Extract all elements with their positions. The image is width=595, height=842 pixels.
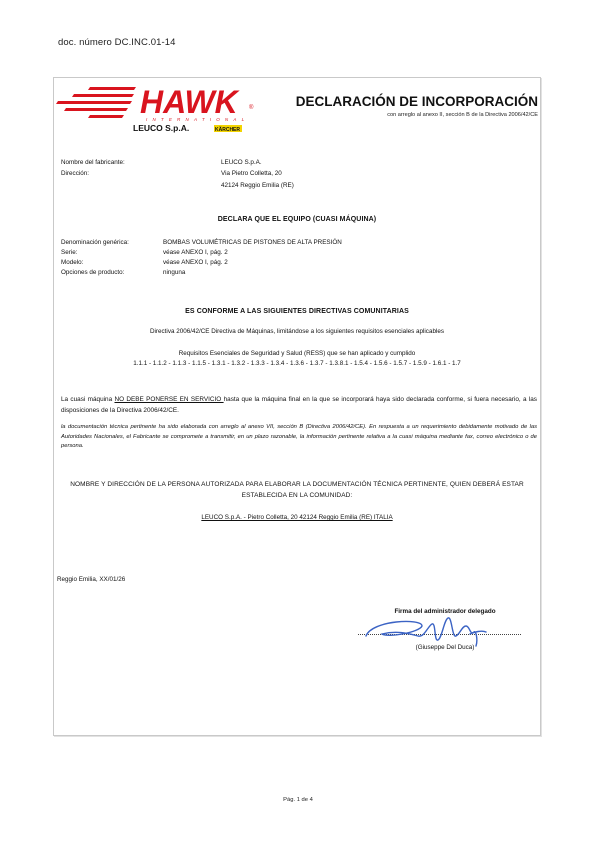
authorized-person-address: LEUCO S.p.A. - Pietro Colletta, 20 42124… <box>53 513 541 523</box>
field-value: véase ANEXO I, pág. 2 <box>163 248 523 258</box>
field-value: ninguna <box>163 268 523 278</box>
authorized-person-heading: NOMBRE Y DIRECCIÓN DE LA PERSONA AUTORIZ… <box>68 480 526 501</box>
document-number: doc. número DC.INC.01-14 <box>58 37 176 48</box>
page-number: Pág. 1 de 4 <box>240 797 356 803</box>
place-date: Reggio Emilia, XX/01/26 <box>57 575 125 585</box>
ress-list: 1.1.1 - 1.1.2 - 1.1.3 - 1.1.5 - 1.3.1 - … <box>53 359 541 369</box>
notice-prefix: La cuasi máquina <box>61 396 114 403</box>
document-subtitle: con arreglo al anexo II, sección B de la… <box>280 112 538 118</box>
address-line-2: 42124 Reggio Emilia (RE) <box>221 181 521 191</box>
svg-text:LEUCO S.p.A.: LEUCO S.p.A. <box>133 123 189 133</box>
address-line-1: Via Pietro Colletta, 20 <box>221 169 521 179</box>
notice-emphasis: NO DEBE PONERSE EN SERVICIO <box>114 396 223 403</box>
directive-text: Directiva 2006/42/CE Directiva de Máquin… <box>53 327 541 337</box>
field-value: véase ANEXO I, pág. 2 <box>163 258 523 268</box>
field-label: Serie: <box>61 248 171 258</box>
hawk-logo: HAWK ® INTERNATIONAL LEUCO S.p.A. KÄRCHE… <box>56 81 266 133</box>
address-label: Dirección: <box>61 169 221 179</box>
svg-text:®: ® <box>249 104 254 111</box>
manufacturer-name-label: Nombre del fabricante: <box>61 158 221 168</box>
authorized-address-text: LEUCO S.p.A. - Pietro Colletta, 20 42124… <box>201 514 392 521</box>
hawk-wordmark: HAWK <box>140 84 241 120</box>
field-label: Denominación genérica: <box>61 238 171 248</box>
speed-lines-icon: HAWK ® INTERNATIONAL LEUCO S.p.A. KÄRCHE… <box>56 81 266 133</box>
not-in-service-notice: La cuasi máquina NO DEBE PONERSE EN SERV… <box>61 395 537 416</box>
signature-label: Firma del administrador delegado <box>360 608 530 615</box>
field-label: Opciones de producto: <box>61 268 171 278</box>
field-value: BOMBAS VOLUMÉTRICAS DE PISTONES DE ALTA … <box>163 238 523 248</box>
technical-documentation-notice: la documentación técnica pertinente ha s… <box>61 423 537 452</box>
manufacturer-name-value: LEUCO S.p.A. <box>221 158 521 168</box>
document-title: DECLARACIÓN DE INCORPORACIÓN <box>280 94 538 109</box>
signatory-name: (Giuseppe Del Duca) <box>360 644 530 651</box>
svg-text:KÄRCHER: KÄRCHER <box>215 126 240 133</box>
conformity-heading: ES CONFORME A LAS SIGUIENTES DIRECTIVAS … <box>53 307 541 317</box>
ress-title: Requisitos Esenciales de Seguridad y Sal… <box>53 349 541 359</box>
field-label: Modelo: <box>61 258 171 268</box>
equipment-heading: DECLARA QUE EL EQUIPO (CUASI MÁQUINA) <box>53 215 541 225</box>
svg-text:INTERNATIONAL: INTERNATIONAL <box>146 117 249 122</box>
